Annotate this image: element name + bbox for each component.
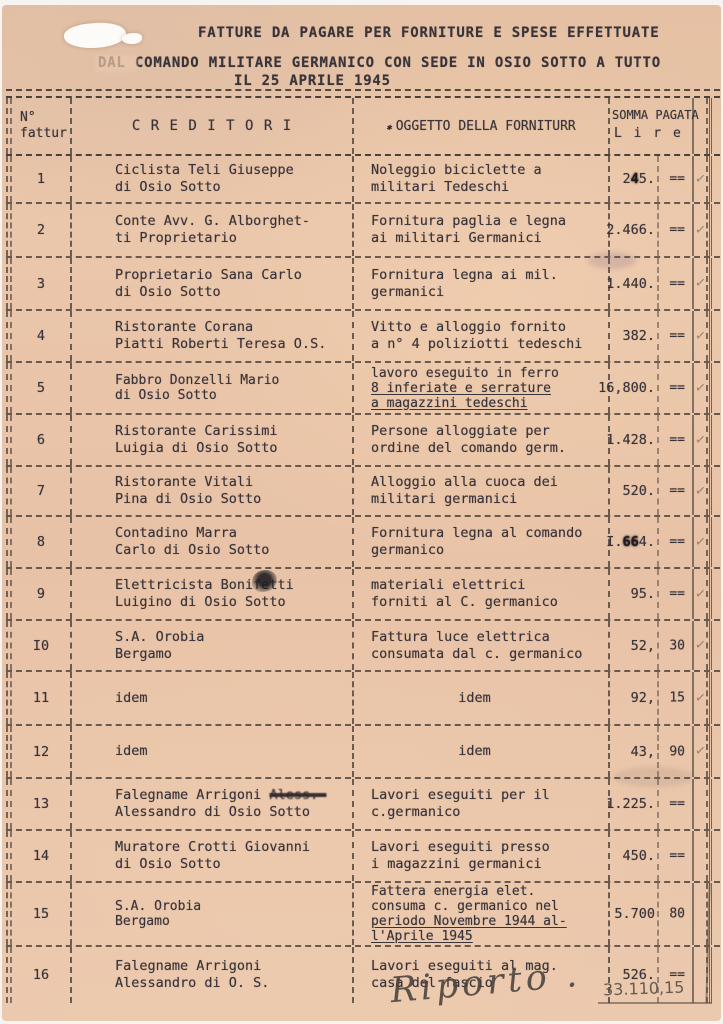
object-line: ordine del comando germ. <box>371 440 608 457</box>
check-cell <box>692 883 706 945</box>
invoice-number: 14 <box>33 848 49 864</box>
creditor-line: Muratore Crotti Giovanni <box>115 839 352 856</box>
invoice-number: 1 <box>37 171 45 187</box>
table-right-border <box>706 415 712 465</box>
document-title-line2: DAL COMANDO MILITARE GERMANICO CON SEDE … <box>98 55 661 71</box>
creditor-line: Falegname Arrigoni Aless.— <box>115 787 352 804</box>
pencil-checkmark: ✓ <box>694 171 706 187</box>
creditor-line: Fabbro Donzelli Mario <box>115 373 352 388</box>
table-row: 13 Falegname Arrigoni Aless.— Alessandro… <box>6 779 720 831</box>
pencil-checkmark: ✓ <box>694 586 706 602</box>
header-creditors: C R E D I T O R I <box>70 98 352 154</box>
object-line: l'Aprile 1945 <box>371 929 608 944</box>
table-row: 5 Fabbro Donzelli Mario di Osio Sotto la… <box>6 363 720 415</box>
creditor-line: di Osio Sotto <box>115 388 352 403</box>
amount-part: I. <box>606 534 622 550</box>
invoice-number-cell: 4 <box>12 311 70 361</box>
creditor-line: Bergamo <box>115 914 352 929</box>
check-cell: ✓ <box>692 156 706 202</box>
object-line: Fattura luce elettrica <box>371 629 608 646</box>
header-creditors-label: C R E D I T O R I <box>132 118 292 134</box>
pencil-checkmark: ✓ <box>694 690 706 706</box>
creditor-line: Carlo di Osio Sotto <box>115 542 352 559</box>
creditor-line: di Osio Sotto <box>115 284 352 301</box>
cents-divider <box>657 831 659 881</box>
invoice-number: 12 <box>33 744 49 760</box>
object-line: idem <box>371 690 608 707</box>
document-title-line1: FATTURE DA PAGARE PER FORNITURE E SPESE … <box>198 25 659 41</box>
invoice-table: N° fattur C R E D I T O R I ✱OGGETTO DEL… <box>6 89 720 1003</box>
creditor-cell: idem <box>70 726 352 777</box>
pencil-smudge <box>614 767 694 787</box>
table-right-border <box>706 363 712 413</box>
cents-divider <box>657 672 659 724</box>
invoice-number: I0 <box>33 638 49 654</box>
invoice-number: 3 <box>37 276 45 292</box>
amount-cents: 80 <box>669 907 685 922</box>
table-row: I0 S.A. Orobia Bergamo Fattura luce elet… <box>6 621 720 672</box>
invoice-number: 7 <box>37 483 45 499</box>
object-line: consumata dal c. germanico <box>371 646 608 663</box>
header-object: ✱OGGETTO DELLA FORNITURR <box>352 98 608 154</box>
amount-cents: == <box>669 433 685 448</box>
object-cell: Fattura luce elettrica consumata dal c. … <box>352 621 608 670</box>
creditor-line: S.A. Orobia <box>115 899 352 914</box>
header-invoice-number: N° fattur <box>12 98 70 154</box>
object-line: Vitto e alloggio fornito <box>371 319 608 336</box>
table-right-border <box>706 779 712 829</box>
amount-cents: 30 <box>669 638 685 653</box>
invoice-number-cell: 2 <box>12 204 70 256</box>
table-row: 8 Contadino Marra Carlo di Osio Sotto Fo… <box>6 517 720 569</box>
object-line: Fornitura legna ai mil. <box>371 267 608 284</box>
table-right-border <box>706 258 712 309</box>
creditor-line: Proprietario Sana Carlo <box>115 267 352 284</box>
object-line: germanici <box>371 284 608 301</box>
check-cell: ✓ <box>692 415 706 465</box>
table-row: 14 Muratore Crotti Giovanni di Osio Sott… <box>6 831 720 883</box>
invoice-number: 15 <box>33 906 49 922</box>
header-num-line2: fattur <box>20 126 67 142</box>
amount-cell: 52, 30 <box>608 621 692 670</box>
check-cell: ✓ <box>692 311 706 361</box>
amount-part: 2 <box>622 171 630 187</box>
invoice-number-cell: I0 <box>12 621 70 670</box>
invoice-number-cell: 13 <box>12 779 70 829</box>
creditor-cell: Proprietario Sana Carlo di Osio Sotto <box>70 258 352 309</box>
rubbed-text-damage <box>95 55 137 72</box>
table-row: 2 Conte Avv. G. Alborghet- ti Proprietar… <box>6 204 720 258</box>
table-right-border <box>706 467 712 515</box>
pencil-underline <box>598 1002 712 1004</box>
amount-cell: 382. == <box>608 311 692 361</box>
object-cell: Persone alloggiate per ordine del comand… <box>352 415 608 465</box>
header-object-text: OGGETTO DELLA FORNITURR <box>396 119 576 134</box>
amount-overstrike: 66 <box>622 534 638 550</box>
object-line: Fornitura legna al comando <box>371 525 608 542</box>
pencil-checkmark: ✓ <box>694 743 706 759</box>
table-right-border <box>706 569 712 619</box>
invoice-number-cell: 11 <box>12 672 70 724</box>
creditor-cell: S.A. Orobia Bergamo <box>70 883 352 945</box>
object-line: a n° 4 poliziotti tedeschi <box>371 336 608 353</box>
amount-lire: 52, <box>631 638 655 654</box>
creditor-cell: Ristorante Corana Piatti Roberti Teresa … <box>70 311 352 361</box>
amount-lire: 5.700 <box>614 906 655 922</box>
amount-lire: 43, <box>631 744 655 760</box>
creditor-line: Conte Avv. G. Alborghet- <box>115 213 352 230</box>
object-line: Persone alloggiate per <box>371 423 608 440</box>
amount-cents: == <box>669 172 685 187</box>
pencil-checkmark: ✓ <box>694 432 706 448</box>
document-title-line3: IL 25 APRILE 1945 <box>234 73 391 89</box>
amount-lire: 92, <box>631 690 655 706</box>
object-cell: Alloggio alla cuoca dei militari germani… <box>352 467 608 515</box>
header-sum-line1: SOMMA PAGATA <box>612 108 699 122</box>
cents-divider <box>657 415 659 465</box>
object-cell: materiali elettrici forniti al C. german… <box>352 569 608 619</box>
amount-lire: 450. <box>622 848 655 864</box>
object-line: militari germanici <box>371 491 608 508</box>
check-cell <box>692 831 706 881</box>
object-cell: idem <box>352 672 608 724</box>
invoice-number-cell: 14 <box>12 831 70 881</box>
creditor-line: ti Proprietario <box>115 230 352 247</box>
amount-cents: == <box>669 797 685 812</box>
amount-lire: 382. <box>622 328 655 344</box>
check-cell: ✓ <box>692 517 706 567</box>
torn-paper-patch <box>122 33 142 44</box>
table-row: 11 idem idem 92, 15 ✓ <box>6 672 720 726</box>
table-row: 4 Ristorante Corana Piatti Roberti Teres… <box>6 311 720 363</box>
creditor-line: Falegname Arrigoni <box>115 958 352 975</box>
object-line: periodo Novembre 1944 al- <box>371 914 608 929</box>
cents-divider <box>657 569 659 619</box>
ink-mark: ✱ <box>386 123 391 133</box>
check-cell: ✓ <box>692 672 706 724</box>
header-sum-line2: L i r e <box>614 126 683 141</box>
amount-cents: == <box>669 484 685 499</box>
pencil-checkmark: ✓ <box>694 637 706 653</box>
creditor-cell: Conte Avv. G. Alborghet- ti Proprietario <box>70 204 352 256</box>
invoice-number: 9 <box>37 586 45 602</box>
table-row: 15 S.A. Orobia Bergamo Fattera energia e… <box>6 883 720 947</box>
invoice-number-cell: 9 <box>12 569 70 619</box>
creditor-line: di Osio Sotto <box>115 856 352 873</box>
amount-cents: == <box>669 223 685 238</box>
pencil-checkmark: ✓ <box>694 483 706 499</box>
pencil-checkmark: ✓ <box>694 275 706 291</box>
creditor-cell: Ristorante Carissimi Luigia di Osio Sott… <box>70 415 352 465</box>
object-line: Fornitura paglia e legna <box>371 213 608 230</box>
amount-lire: 95. <box>631 586 655 602</box>
amount-lire: I.664. <box>606 534 655 550</box>
cents-divider <box>657 467 659 515</box>
amount-part: 5. <box>639 171 655 187</box>
amount-cell: 2.466. == <box>608 204 692 256</box>
object-line: Noleggio biciclette a <box>371 162 608 179</box>
object-cell: lavoro eseguito in ferro 8 inferiate e s… <box>352 363 608 413</box>
object-cell: Vitto e alloggio fornito a n° 4 poliziot… <box>352 311 608 361</box>
check-cell: ✓ <box>692 204 706 256</box>
table-right-border <box>706 517 712 567</box>
amount-cell: 92, 15 <box>608 672 692 724</box>
creditor-line: di Osio Sotto <box>115 179 352 196</box>
amount-lire: 245. <box>622 171 655 187</box>
table-right-border <box>706 831 712 881</box>
amount-cents: 90 <box>669 744 685 759</box>
invoice-number-cell: 1 <box>12 156 70 202</box>
amount-cents: 15 <box>669 691 685 706</box>
invoice-number-cell: 16 <box>12 947 70 1003</box>
creditor-cell: Elettricista Bonifetti Luigino di Osio S… <box>70 569 352 619</box>
check-cell <box>692 779 706 829</box>
creditor-line: Piatti Roberti Teresa O.S. <box>115 336 352 353</box>
object-cell: Fattera energia elet. consuma c. germani… <box>352 883 608 945</box>
table-row: 9 Elettricista Bonifetti Luigino di Osio… <box>6 569 720 621</box>
invoice-number: 8 <box>37 534 45 550</box>
amount-cell: 1.428. == <box>608 415 692 465</box>
creditor-line: Ristorante Vitali <box>115 474 352 491</box>
table-right-border <box>706 156 712 202</box>
ink-smudge <box>588 252 636 269</box>
creditor-line: Ristorante Corana <box>115 319 352 336</box>
check-cell: ✓ <box>692 363 706 413</box>
object-cell: Lavori eseguiti per il c.germanico <box>352 779 608 829</box>
handwritten-total: 33.110,15 <box>603 978 685 1000</box>
cents-divider <box>657 311 659 361</box>
object-line: ai militari Germanici <box>371 230 608 247</box>
amount-cell: 450. == <box>608 831 692 881</box>
amount-cell: 245. == <box>608 156 692 202</box>
table-right-border <box>706 672 712 724</box>
pencil-checkmark: ✓ <box>694 380 706 396</box>
table-right-border <box>706 621 712 670</box>
amount-lire: 1.428. <box>606 432 655 448</box>
header-object-label: ✱OGGETTO DELLA FORNITURR <box>386 119 575 134</box>
cents-divider <box>657 517 659 567</box>
object-line: militari Tedeschi <box>371 179 608 196</box>
creditor-cell: Falegname Arrigoni Aless.— Alessandro di… <box>70 779 352 829</box>
amount-lire: 1.440. <box>606 276 655 292</box>
table-header-row: N° fattur C R E D I T O R I ✱OGGETTO DEL… <box>6 98 720 156</box>
creditor-line: Alessandro di O. S. <box>115 975 352 992</box>
object-cell: idem <box>352 726 608 777</box>
creditor-line: S.A. Orobia <box>115 629 352 646</box>
invoice-number-cell: 15 <box>12 883 70 945</box>
cents-divider <box>657 621 659 670</box>
object-line: forniti al C. germanico <box>371 594 608 611</box>
object-line: c.germanico <box>371 804 608 821</box>
creditor-cell: Ciclista Teli Giuseppe di Osio Sotto <box>70 156 352 202</box>
object-line: Alloggio alla cuoca dei <box>371 474 608 491</box>
amount-cell: I.664. == <box>608 517 692 567</box>
creditor-cell: S.A. Orobia Bergamo <box>70 621 352 670</box>
table-right-border <box>706 204 712 256</box>
creditor-cell: Fabbro Donzelli Mario di Osio Sotto <box>70 363 352 413</box>
invoice-number-cell: 7 <box>12 467 70 515</box>
creditor-line: Luigino di Osio Sotto <box>115 594 352 611</box>
cents-divider <box>657 204 659 256</box>
invoice-number-cell: 12 <box>12 726 70 777</box>
creditor-text: Falegname Arrigoni <box>115 787 261 803</box>
amount-cell: 16,800. == <box>608 363 692 413</box>
amount-cell: 5.700 80 <box>608 883 692 945</box>
object-line: idem <box>371 743 608 760</box>
creditor-line: Alessandro di Osio Sotto <box>115 804 352 821</box>
torn-paper-patch <box>63 20 127 51</box>
amount-lire: 2.466. <box>606 222 655 238</box>
invoice-number-cell: 5 <box>12 363 70 413</box>
header-sum: SOMMA PAGATA L i r e <box>608 98 692 154</box>
table-row: 6 Ristorante Carissimi Luigia di Osio So… <box>6 415 720 467</box>
document-paper: FATTURE DA PAGARE PER FORNITURE E SPESE … <box>2 5 721 1021</box>
amount-lire: 1.225. <box>606 796 655 812</box>
creditor-line: Contadino Marra <box>115 525 352 542</box>
object-cell: Fornitura legna ai mil. germanici <box>352 258 608 309</box>
cents-divider <box>657 363 659 413</box>
check-cell: ✓ <box>692 569 706 619</box>
object-cell: Lavori eseguiti presso i magazzini germa… <box>352 831 608 881</box>
object-line: Lavori eseguiti per il <box>371 787 608 804</box>
object-cell: Noleggio biciclette a militari Tedeschi <box>352 156 608 202</box>
pencil-checkmark: ✓ <box>694 328 706 344</box>
object-line: germanico <box>371 542 608 559</box>
amount-lire: 16,800. <box>598 380 655 396</box>
table-row: 1 Ciclista Teli Giuseppe di Osio Sotto N… <box>6 156 720 204</box>
amount-cell: 520. == <box>608 467 692 515</box>
invoice-number: 13 <box>33 796 49 812</box>
creditor-line: Bergamo <box>115 646 352 663</box>
invoice-number: 4 <box>37 328 45 344</box>
object-line: Fattera energia elet. <box>371 884 608 899</box>
object-cell: Fornitura legna al comando germanico <box>352 517 608 567</box>
amount-cents: == <box>669 849 685 864</box>
creditor-line: idem <box>115 690 352 707</box>
creditor-line: Ristorante Carissimi <box>115 423 352 440</box>
invoice-number: 2 <box>37 222 45 238</box>
object-line: consuma c. germanico nel <box>371 899 608 914</box>
pencil-checkmark: ✓ <box>694 534 706 550</box>
object-line: Lavori eseguiti presso <box>371 839 608 856</box>
invoice-number-cell: 8 <box>12 517 70 567</box>
invoice-number: 5 <box>37 380 45 396</box>
creditor-cell: Muratore Crotti Giovanni di Osio Sotto <box>70 831 352 881</box>
cents-divider <box>657 258 659 309</box>
amount-cell: 95. == <box>608 569 692 619</box>
struck-out-text: Aless.— <box>269 787 326 803</box>
check-cell: ✓ <box>692 467 706 515</box>
creditor-line: idem <box>115 743 352 760</box>
creditor-line: Ciclista Teli Giuseppe <box>115 162 352 179</box>
amount-lire: 520. <box>622 483 655 499</box>
table-right-border <box>706 98 712 154</box>
table-right-border <box>706 311 712 361</box>
amount-cents: == <box>669 381 685 396</box>
creditor-cell: Ristorante Vitali Pina di Osio Sotto <box>70 467 352 515</box>
cents-divider <box>657 883 659 945</box>
amount-cents: == <box>669 329 685 344</box>
creditor-cell: Contadino Marra Carlo di Osio Sotto <box>70 517 352 567</box>
creditor-cell: Falegname Arrigoni Alessandro di O. S. <box>70 947 352 1003</box>
table-row: 12 idem idem 43, 90 ✓ <box>6 726 720 779</box>
invoice-number: 6 <box>37 432 45 448</box>
object-line: materiali elettrici <box>371 577 608 594</box>
table-top-border <box>6 89 720 98</box>
table-row: 7 Ristorante Vitali Pina di Osio Sotto A… <box>6 467 720 517</box>
header-num-line1: N° <box>20 110 36 126</box>
header-check-column <box>692 98 706 154</box>
creditor-cell: idem <box>70 672 352 724</box>
invoice-number: 11 <box>33 690 49 706</box>
object-line: i magazzini germanici <box>371 856 608 873</box>
pencil-checkmark: ✓ <box>694 222 706 238</box>
creditor-line: Pina di Osio Sotto <box>115 491 352 508</box>
creditor-line: Elettricista Bonifetti <box>115 577 352 594</box>
table-right-border <box>706 726 712 777</box>
check-cell: ✓ <box>692 258 706 309</box>
amount-cents: == <box>669 535 685 550</box>
amount-cents: == <box>669 276 685 291</box>
invoice-number-cell: 6 <box>12 415 70 465</box>
object-line: lavoro eseguito in ferro <box>371 366 608 381</box>
check-cell <box>692 947 706 1003</box>
amount-cents: == <box>669 587 685 602</box>
check-cell: ✓ <box>692 621 706 670</box>
invoice-number-cell: 3 <box>12 258 70 309</box>
object-line: 8 inferiate e serrature <box>371 381 608 396</box>
invoice-number: 16 <box>33 967 49 983</box>
object-cell: Fornitura paglia e legna ai militari Ger… <box>352 204 608 256</box>
creditor-line: Luigia di Osio Sotto <box>115 440 352 457</box>
check-cell: ✓ <box>692 726 706 777</box>
cents-divider <box>657 156 659 202</box>
amount-part: 4. <box>639 534 655 550</box>
object-line: a magazzini tedeschi <box>371 396 608 411</box>
